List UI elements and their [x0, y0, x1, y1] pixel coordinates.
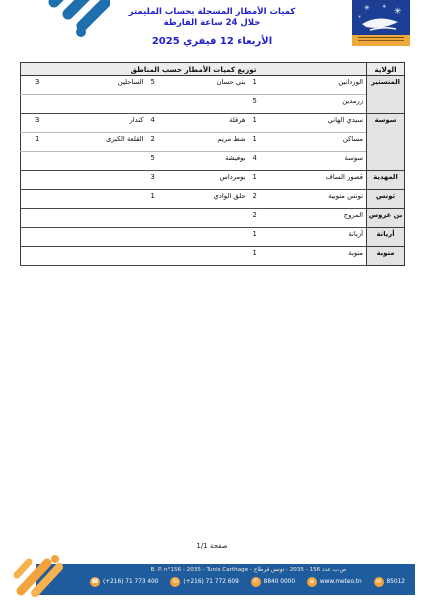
governorate-cell: المهدية — [367, 171, 405, 190]
station-value-cell: 1 — [249, 228, 287, 247]
report-title-line1: كميات الأمطار المسجلة بحساب المليمتر — [0, 7, 424, 18]
station-name-cell: الساحلين — [85, 76, 147, 95]
station-name-cell — [85, 228, 147, 247]
station-value-cell — [147, 95, 185, 114]
footer-contact-item: ☎(+216) 71 773 400 — [90, 577, 158, 587]
station-name-cell: هرقلة — [185, 114, 249, 133]
governorate-cell: المنستير — [367, 76, 405, 114]
report-date: الأربعاء 12 فيفري 2025 — [0, 36, 424, 47]
station-value-cell: 5 — [147, 152, 185, 171]
station-name-cell: الوردانين — [287, 76, 367, 95]
governorate-cell: سوسة — [367, 114, 405, 171]
station-name-cell — [85, 95, 147, 114]
report-header: كميات الأمطار المسجلة بحساب المليمتر خلا… — [0, 7, 424, 47]
table-row: المنستيرالوردانين1بني حسان5الساحلين3 — [21, 76, 405, 95]
station-name-cell: شط مريم — [185, 133, 249, 152]
station-name-cell: القلعة الكبرى — [85, 133, 147, 152]
table-row: زرمدين5 — [21, 95, 405, 114]
station-name-cell: مساكن — [287, 133, 367, 152]
governorate-column-header: الولاية — [367, 63, 405, 76]
station-name-cell: بني حسان — [185, 76, 249, 95]
station-value-cell: 5 — [147, 76, 185, 95]
station-value-cell — [21, 228, 85, 247]
station-value-cell: 1 — [249, 133, 287, 152]
station-name-cell — [85, 152, 147, 171]
table-row: المهديةقصور الساف1بومرداس3 — [21, 171, 405, 190]
station-value-cell: 3 — [21, 114, 85, 133]
footer-contacts: ☎(+216) 71 773 400☏(+216) 71 772 609✆884… — [36, 577, 415, 587]
station-value-cell — [147, 209, 185, 228]
station-value-cell — [21, 190, 85, 209]
station-value-cell: 1 — [147, 190, 185, 209]
table-row: سوسةسيدي الهاني1هرقلة4كندار3 — [21, 114, 405, 133]
station-value-cell: 4 — [249, 152, 287, 171]
station-value-cell: 1 — [21, 133, 85, 152]
phone-icon: ☎ — [90, 577, 100, 587]
footer-contact-item: ✉85012 — [374, 577, 405, 587]
page-number: صفحة 1/1 — [0, 542, 424, 550]
table-header-row: الولاية توزيع كميات الأمطار حسب المناطق — [21, 63, 405, 76]
station-value-cell: 3 — [147, 171, 185, 190]
station-value-cell: 4 — [147, 114, 185, 133]
station-name-cell: كندار — [85, 114, 147, 133]
station-name-cell — [185, 209, 249, 228]
rainfall-table: الولاية توزيع كميات الأمطار حسب المناطق … — [20, 62, 405, 266]
rain-table-body: المنستيرالوردانين1بني حسان5الساحلين3زرمد… — [21, 76, 405, 266]
station-name-cell: زرمدين — [287, 95, 367, 114]
governorate-cell: تونس — [367, 190, 405, 209]
footer-stripes-logo — [13, 551, 79, 597]
governorate-cell: بن عروس — [367, 209, 405, 228]
station-name-cell: سيدي الهاني — [287, 114, 367, 133]
governorate-cell: منوبة — [367, 247, 405, 266]
station-value-cell: 2 — [147, 133, 185, 152]
station-value-cell: 1 — [249, 247, 287, 266]
globe-icon: ⊕ — [307, 577, 317, 587]
station-name-cell: سوسة — [287, 152, 367, 171]
table-row: منوبةمنوبة1 — [21, 247, 405, 266]
station-name-cell — [185, 247, 249, 266]
station-value-cell: 5 — [249, 95, 287, 114]
call-center-icon: ✆ — [251, 577, 261, 587]
sms-icon: ✉ — [374, 577, 384, 587]
station-value-cell — [147, 228, 185, 247]
station-name-cell — [185, 228, 249, 247]
station-name-cell — [85, 209, 147, 228]
station-name-cell: بوفيشة — [185, 152, 249, 171]
station-value-cell: 2 — [249, 190, 287, 209]
table-row: بن عروسالمروج2 — [21, 209, 405, 228]
station-name-cell: أريانة — [287, 228, 367, 247]
footer-address-fr: B. P. n°156 - 2035 - Tunis Carthage - — [151, 567, 254, 573]
governorate-cell: أريانة — [367, 228, 405, 247]
document-page: ✳ ✳ ✳ ✳ كميات الأمطار المسجلة بحساب المل… — [0, 0, 424, 600]
station-value-cell — [21, 171, 85, 190]
station-value-cell — [21, 209, 85, 228]
footer-address-ar: ص.ب عدد 156 - 2035 - تونس قرطاج — [254, 567, 347, 573]
station-value-cell: 3 — [21, 76, 85, 95]
station-name-cell — [85, 190, 147, 209]
station-name-cell — [85, 247, 147, 266]
station-name-cell: قصور الساف — [287, 171, 367, 190]
footer-contact-text: (+216) 71 773 400 — [103, 579, 158, 585]
footer-contact-text: (+216) 71 772 609 — [183, 579, 238, 585]
footer-contact-item: ✆8840 0000 — [251, 577, 295, 587]
station-value-cell — [21, 152, 85, 171]
station-name-cell: بومرداس — [185, 171, 249, 190]
station-name-cell — [85, 171, 147, 190]
footer-contact-text: www.meteo.tn — [320, 579, 362, 585]
table-row: سوسة4بوفيشة5 — [21, 152, 405, 171]
station-value-cell: 1 — [249, 114, 287, 133]
station-value-cell: 1 — [249, 76, 287, 95]
station-name-cell — [185, 95, 249, 114]
station-name-cell: حلق الوادي — [185, 190, 249, 209]
report-title-line2: خلال 24 ساعة الفارطة — [0, 18, 424, 29]
station-value-cell — [147, 247, 185, 266]
table-row: تونستونس منوبية2حلق الوادي1 — [21, 190, 405, 209]
footer-address: B. P. n°156 - 2035 - Tunis Carthage - ص.… — [36, 567, 415, 574]
footer-contact-text: 8840 0000 — [264, 579, 295, 585]
footer-bar: B. P. n°156 - 2035 - Tunis Carthage - ص.… — [36, 564, 415, 595]
regions-column-header: توزيع كميات الأمطار حسب المناطق — [21, 63, 367, 76]
station-name-cell: منوبة — [287, 247, 367, 266]
station-value-cell: 1 — [249, 171, 287, 190]
footer-contact-text: 85012 — [387, 579, 405, 585]
table-row: أريانةأريانة1 — [21, 228, 405, 247]
footer-contact-item: ⊕www.meteo.tn — [307, 577, 362, 587]
station-name-cell: تونس منوبية — [287, 190, 367, 209]
fax-icon: ☏ — [170, 577, 180, 587]
station-value-cell — [21, 247, 85, 266]
station-value-cell: 2 — [249, 209, 287, 228]
table-row: مساكن1شط مريم2القلعة الكبرى1 — [21, 133, 405, 152]
station-value-cell — [21, 95, 85, 114]
footer-contact-item: ☏(+216) 71 772 609 — [170, 577, 238, 587]
station-name-cell: المروج — [287, 209, 367, 228]
